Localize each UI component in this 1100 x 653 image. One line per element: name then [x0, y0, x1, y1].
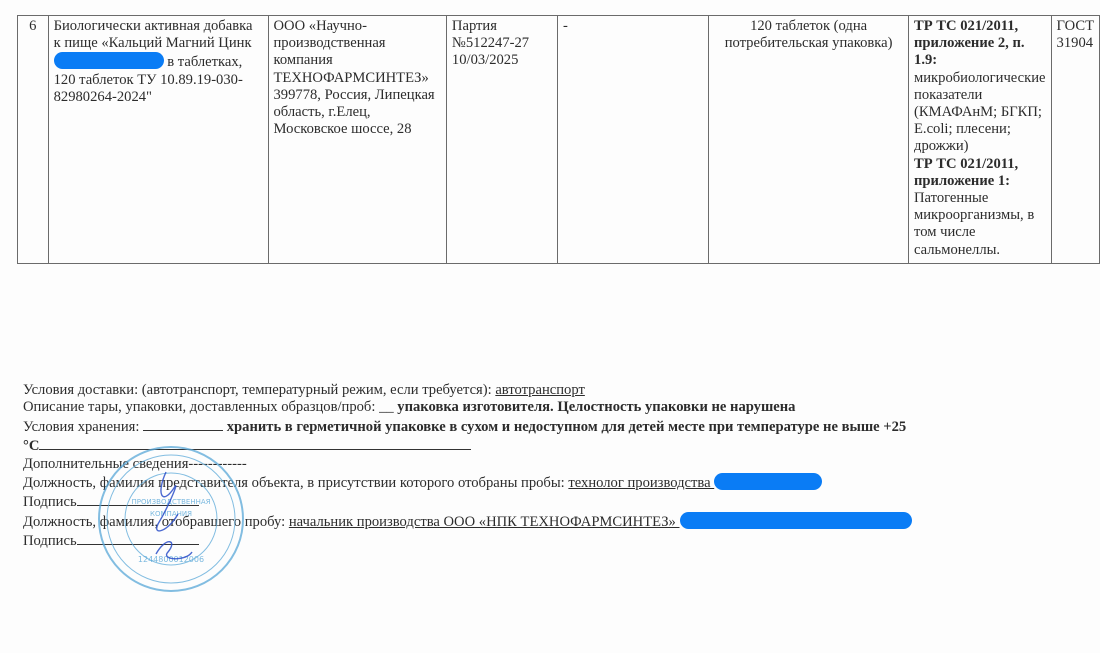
product-name-part1: Биологически активная добавка к пище «Ка… [54, 18, 253, 51]
representative-label: Должность, фамилия представителя объекта… [23, 475, 568, 491]
quantity-cell: 120 таблеток (одна потребительская упако… [709, 16, 909, 264]
delivery-label: Условия доставки: (автотранспорт, темпер… [23, 382, 495, 398]
batch-label: Партия [452, 18, 497, 34]
batch-cell: Партия №512247-27 10/03/2025 [446, 16, 557, 264]
signature-label: Подпись [23, 494, 77, 510]
method-cell: ГОСТ 31904 [1051, 16, 1099, 264]
signature-blank [77, 531, 199, 545]
requirement-heading: ТР ТС 021/2011, приложение 1: [914, 156, 1018, 189]
batch-number: №512247-27 [452, 35, 529, 51]
product-cell: Биологически активная добавка к пище «Ка… [48, 16, 268, 264]
packaging-description: Описание тары, упаковки, доставленных об… [23, 399, 1093, 416]
representative-value: технолог производства [568, 475, 714, 491]
sampler-label: Должность, фамилия, отобравшего пробу: [23, 514, 289, 530]
requirements-cell: ТР ТС 021/2011, приложение 2, п. 1.9: ми… [909, 16, 1052, 264]
redaction-mark [680, 512, 912, 529]
signature-blank [77, 492, 199, 506]
storage-unit-line: °С [23, 436, 1093, 455]
signature-line-1: Подпись [23, 492, 1093, 511]
stamp-number: 1244800012006 [138, 555, 204, 564]
additional-info: Дополнительные сведения------------ [23, 456, 1093, 473]
packaging-blank: __ [379, 399, 394, 415]
sampler-value: начальник производства ООО «НПК ТЕХНОФАР… [289, 514, 680, 530]
storage-blank [143, 417, 223, 431]
table-row: 6 Биологически активная добавка к пище «… [18, 16, 1100, 264]
representative-line: Должность, фамилия представителя объекта… [23, 473, 1093, 492]
redaction-mark [714, 473, 822, 490]
storage-conditions: Условия хранения: хранить в герметичной … [23, 417, 1093, 436]
sampling-details: Условия доставки: (автотранспорт, темпер… [23, 382, 1093, 551]
delivery-conditions: Условия доставки: (автотранспорт, темпер… [23, 382, 1093, 399]
additional-value: ------------ [188, 456, 246, 472]
batch-date: 10/03/2025 [452, 52, 518, 68]
requirement-text: Патогенные микроорганизмы, в том числе с… [914, 190, 1034, 258]
storage-value: хранить в герметичной упаковке в сухом и… [223, 419, 906, 435]
dash-cell: - [558, 16, 709, 264]
delivery-value: автотранспорт [495, 382, 585, 398]
redaction-mark [54, 52, 164, 69]
samples-table: 6 Биологически активная добавка к пище «… [17, 15, 1100, 264]
signature-label: Подпись [23, 533, 77, 549]
requirement-heading: ТР ТС 021/2011, приложение 2, п. 1.9: [914, 18, 1025, 68]
additional-label: Дополнительные сведения [23, 456, 188, 472]
storage-unit-blank [39, 436, 471, 450]
storage-unit: °С [23, 438, 39, 454]
packaging-label: Описание тары, упаковки, доставленных об… [23, 399, 379, 415]
requirement-text: микробиологические показатели (КМАФАнМ; … [914, 70, 1045, 155]
signature-line-2: Подпись [23, 531, 1093, 550]
manufacturer-cell: ООО «Научно-производственная компания ТЕ… [268, 16, 446, 264]
storage-label: Условия хранения: [23, 419, 143, 435]
sampler-line: Должность, фамилия, отобравшего пробу: н… [23, 512, 1093, 531]
row-number: 6 [18, 16, 49, 264]
packaging-value: упаковка изготовителя. Целостность упако… [394, 399, 796, 415]
